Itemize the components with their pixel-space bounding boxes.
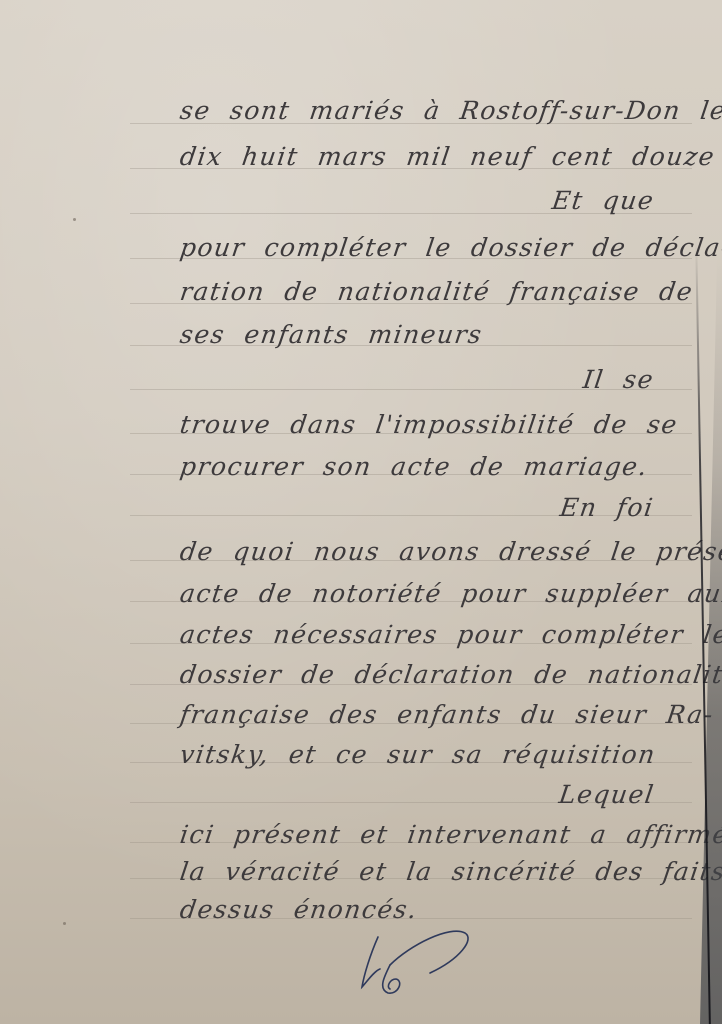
text-line: pour compléter le dossier de décla- bbox=[178, 233, 686, 263]
paragraph-opener: Il se bbox=[581, 365, 656, 395]
text-line: ici présent et intervenant a affirmé bbox=[178, 820, 686, 850]
text-line: vitsky, et ce sur sa réquisition bbox=[178, 740, 686, 770]
text-line: ration de nationalité française de bbox=[178, 277, 686, 307]
document-page: se sont mariés à Rostoff-sur-Don le dix … bbox=[0, 0, 722, 1024]
text-line: dix huit mars mil neuf cent douze bbox=[178, 142, 686, 172]
paper-speck bbox=[73, 218, 76, 221]
paragraph-opener: Et que bbox=[550, 186, 656, 216]
text-line: acte de notoriété pour suppléer aux bbox=[178, 579, 686, 609]
paper-speck bbox=[63, 922, 66, 925]
signature bbox=[360, 925, 480, 1005]
paragraph-opener: Lequel bbox=[557, 780, 657, 810]
text-line: la véracité et la sincérité des faits ci… bbox=[178, 857, 686, 887]
text-line: procurer son acte de mariage. bbox=[178, 452, 686, 482]
text-line: dessus énoncés. bbox=[178, 895, 686, 925]
text-line: ses enfants mineurs bbox=[178, 320, 686, 350]
text-line: trouve dans l'impossibilité de se bbox=[178, 410, 686, 440]
text-line: actes nécessaires pour compléter le bbox=[178, 620, 686, 650]
text-line: dossier de déclaration de nationalité bbox=[178, 660, 686, 690]
text-line: se sont mariés à Rostoff-sur-Don le bbox=[178, 96, 686, 126]
text-line: de quoi nous avons dressé le présent bbox=[178, 537, 686, 567]
text-line: française des enfants du sieur Ra- bbox=[178, 700, 686, 730]
paragraph-opener: En foi bbox=[558, 493, 656, 523]
